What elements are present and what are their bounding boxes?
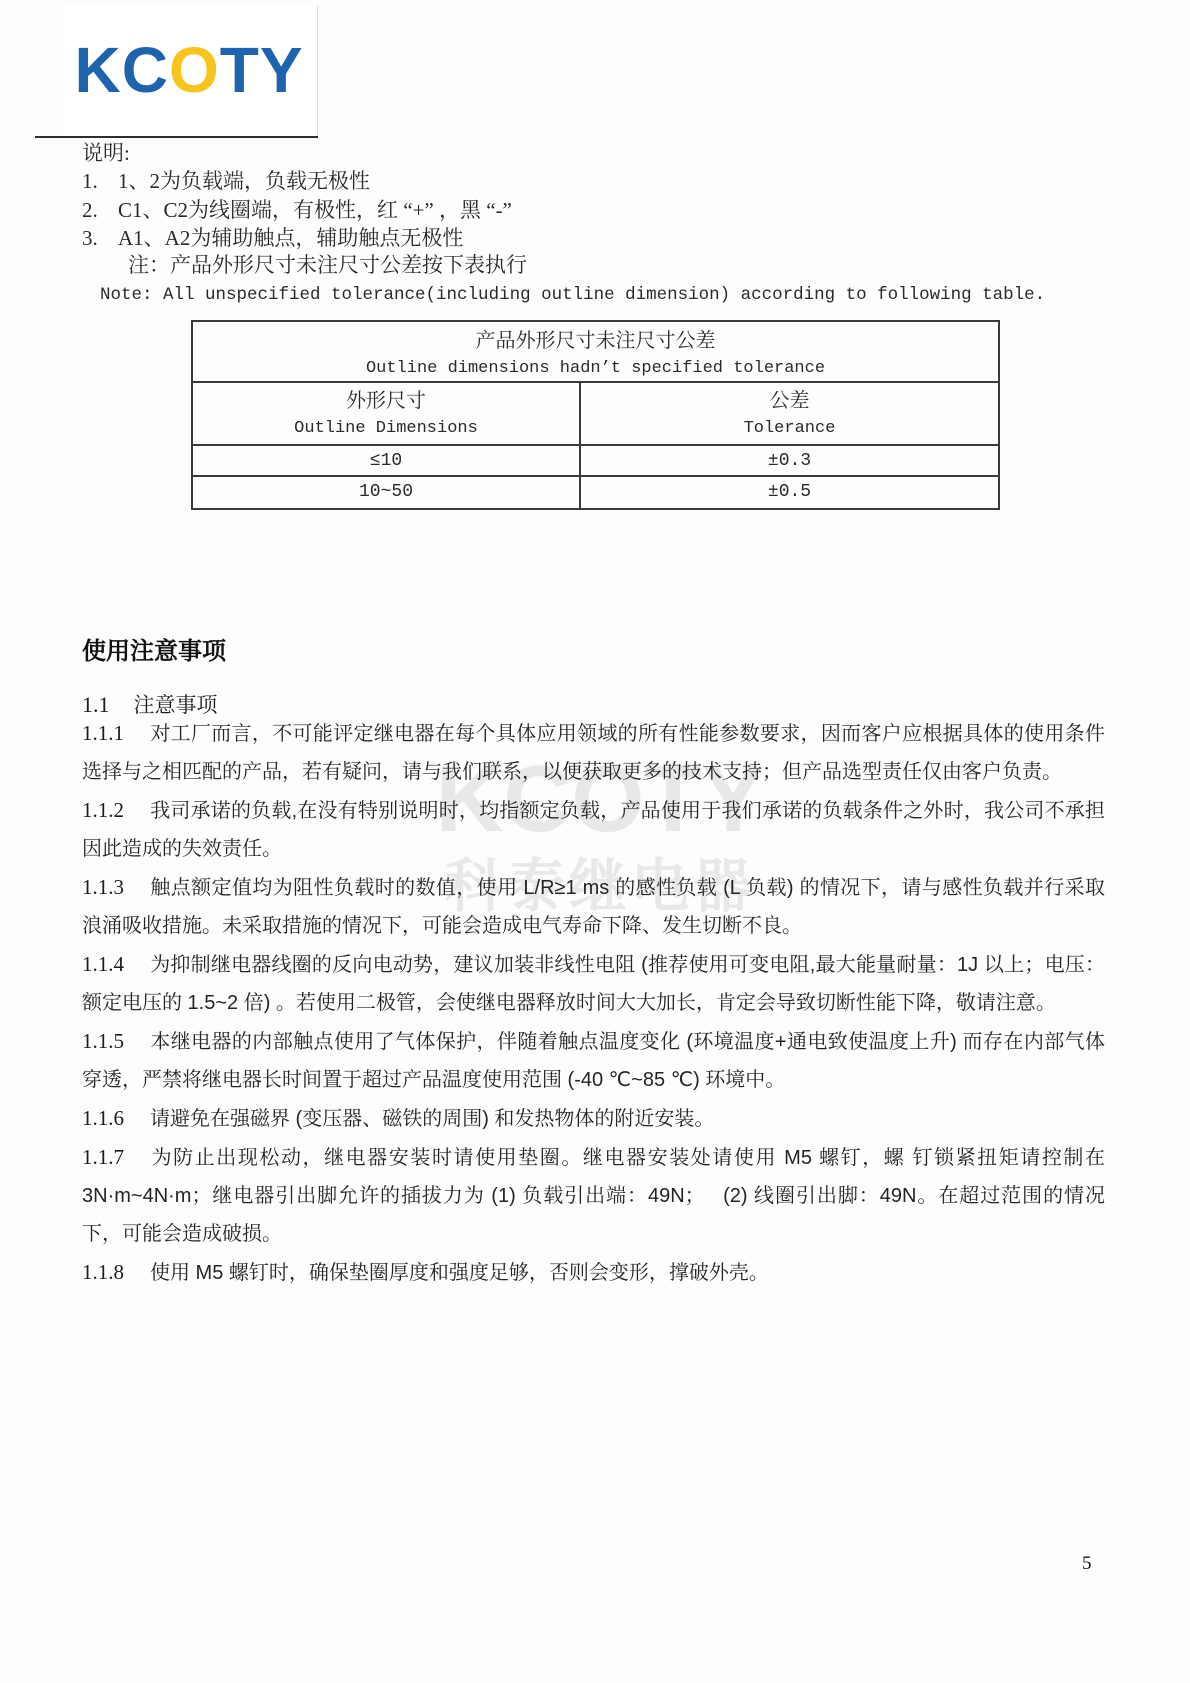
header-dimensions-en: Outline Dimensions <box>193 416 579 442</box>
note-item-2: 2.C1、C2为线圈端，有极性，红 “+” ，黑 “-” <box>82 197 512 223</box>
tolerance-table-title-zh: 产品外形尺寸未注尺寸公差 <box>193 327 998 356</box>
row2-tolerance: ±0.5 <box>581 477 998 508</box>
precaution-item-1-text: 对工厂而言，不可能评定继电器在每个具体应用领域的所有性能参数要求，因而客户应根据… <box>82 723 1105 783</box>
precaution-item-6: 1.1.6请避免在强磁界 (变压器、磁铁的周围) 和发热物体的附近安装。 <box>82 1099 1105 1138</box>
header-tolerance-en: Tolerance <box>581 416 998 442</box>
precaution-item-5: 1.1.5本继电器的内部触点使用了气体保护，伴随着触点温度变化 (环境温度+通电… <box>82 1022 1105 1099</box>
precaution-item-8-num: 1.1.8 <box>82 1260 150 1284</box>
remark-en: Note: All unspecified tolerance(includin… <box>100 285 1045 305</box>
logo-part-kc: KC <box>75 34 169 106</box>
note-item-3: 3.A1、A2为辅助触点，辅助触点无极性 <box>82 225 463 251</box>
precaution-item-3-text: 触点额定值均为阻性负载时的数值，使用 L/R≥1 ms 的感性负载 (L 负载)… <box>82 877 1105 937</box>
precaution-item-7: 1.1.7为防止出现松动，继电器安装时请使用垫圈。继电器安装处请使用 M5 螺钉… <box>82 1138 1105 1253</box>
note-item-2-num: 2. <box>82 197 118 223</box>
company-logo: KCOTY <box>62 5 316 135</box>
precaution-item-7-text: 为防止出现松动，继电器安装时请使用垫圈。继电器安装处请使用 M5 螺钉，螺 钉锁… <box>82 1147 1105 1245</box>
note-item-1-text: 1、2为负载端，负载无极性 <box>118 169 370 193</box>
row1-dimension: ≤10 <box>193 446 581 475</box>
header-underline <box>35 136 318 138</box>
precaution-item-1-num: 1.1.1 <box>82 721 150 745</box>
precaution-item-4: 1.1.4为抑制继电器线圈的反向电动势，建议加装非线性电阻 (推荐使用可变电阻,… <box>82 945 1105 1022</box>
header-cell-border <box>317 6 318 136</box>
row2-dimension: 10~50 <box>193 477 581 508</box>
tolerance-table-header: 外形尺寸 Outline Dimensions 公差 Tolerance <box>193 383 998 446</box>
header-tolerance-zh: 公差 <box>581 383 998 416</box>
precaution-item-5-num: 1.1.5 <box>82 1029 150 1053</box>
precaution-item-4-num: 1.1.4 <box>82 952 150 976</box>
tolerance-table-title-en: Outline dimensions hadn’t specified tole… <box>193 356 998 381</box>
remark-zh: 注：产品外形尺寸未注尺寸公差按下表执行 <box>128 252 527 278</box>
logo-text: KCOTY <box>75 38 304 102</box>
logo-part-o: O <box>169 34 220 106</box>
precaution-item-1: 1.1.1对工厂而言，不可能评定继电器在每个具体应用领域的所有性能参数要求，因而… <box>82 714 1105 791</box>
header-dimensions-zh: 外形尺寸 <box>193 383 579 416</box>
notes-title: 说明: <box>82 140 130 166</box>
note-item-3-text: A1、A2为辅助触点，辅助触点无极性 <box>118 226 463 250</box>
precaution-item-6-num: 1.1.6 <box>82 1106 150 1130</box>
precaution-item-3-num: 1.1.3 <box>82 875 150 899</box>
precaution-item-4-text: 为抑制继电器线圈的反向电动势，建议加装非线性电阻 (推荐使用可变电阻,最大能量耐… <box>82 954 1105 1014</box>
precaution-paragraphs: 1.1.1对工厂而言，不可能评定继电器在每个具体应用领域的所有性能参数要求，因而… <box>82 714 1105 1292</box>
row1-tolerance: ±0.3 <box>581 446 998 475</box>
note-item-1: 1.1、2为负载端，负载无极性 <box>82 168 370 194</box>
table-row: 10~50 ±0.5 <box>193 477 998 508</box>
section-heading: 使用注意事项 <box>82 631 226 666</box>
header-cell-dimensions: 外形尺寸 Outline Dimensions <box>193 383 581 444</box>
precaution-item-2: 1.1.2我司承诺的负载,在没有特别说明时，均指额定负载，产品使用于我们承诺的负… <box>82 791 1105 868</box>
precaution-item-8: 1.1.8使用 M5 螺钉时，确保垫圈厚度和强度足够，否则会变形，撑破外壳。 <box>82 1253 1105 1292</box>
precaution-item-7-num: 1.1.7 <box>82 1145 150 1169</box>
precaution-item-5-text: 本继电器的内部触点使用了气体保护，伴随着触点温度变化 (环境温度+通电致使温度上… <box>82 1031 1105 1091</box>
table-row: ≤10 ±0.3 <box>193 446 998 477</box>
tolerance-table: 产品外形尺寸未注尺寸公差 Outline dimensions hadn’t s… <box>191 320 1000 510</box>
header-cell-tolerance: 公差 Tolerance <box>581 383 998 444</box>
note-item-3-num: 3. <box>82 225 118 251</box>
page-number: 5 <box>1082 1553 1092 1575</box>
precaution-item-3: 1.1.3触点额定值均为阻性负载时的数值，使用 L/R≥1 ms 的感性负载 (… <box>82 868 1105 945</box>
precaution-item-2-text: 我司承诺的负载,在没有特别说明时，均指额定负载，产品使用于我们承诺的负载条件之外… <box>82 800 1105 860</box>
precaution-item-6-text: 请避免在强磁界 (变压器、磁铁的周围) 和发热物体的附近安装。 <box>150 1108 714 1130</box>
precaution-item-8-text: 使用 M5 螺钉时，确保垫圈厚度和强度足够，否则会变形，撑破外壳。 <box>150 1262 769 1284</box>
note-item-1-num: 1. <box>82 168 118 194</box>
logo-part-ty: TY <box>220 34 304 106</box>
precaution-item-2-num: 1.1.2 <box>82 798 150 822</box>
note-item-2-text: C1、C2为线圈端，有极性，红 “+” ，黑 “-” <box>118 198 512 222</box>
document-page: KCOTY 科泰继电器 KCOTY 说明: 1.1、2为负载端，负载无极性 2.… <box>0 0 1190 1683</box>
tolerance-table-title: 产品外形尺寸未注尺寸公差 Outline dimensions hadn’t s… <box>193 322 998 383</box>
